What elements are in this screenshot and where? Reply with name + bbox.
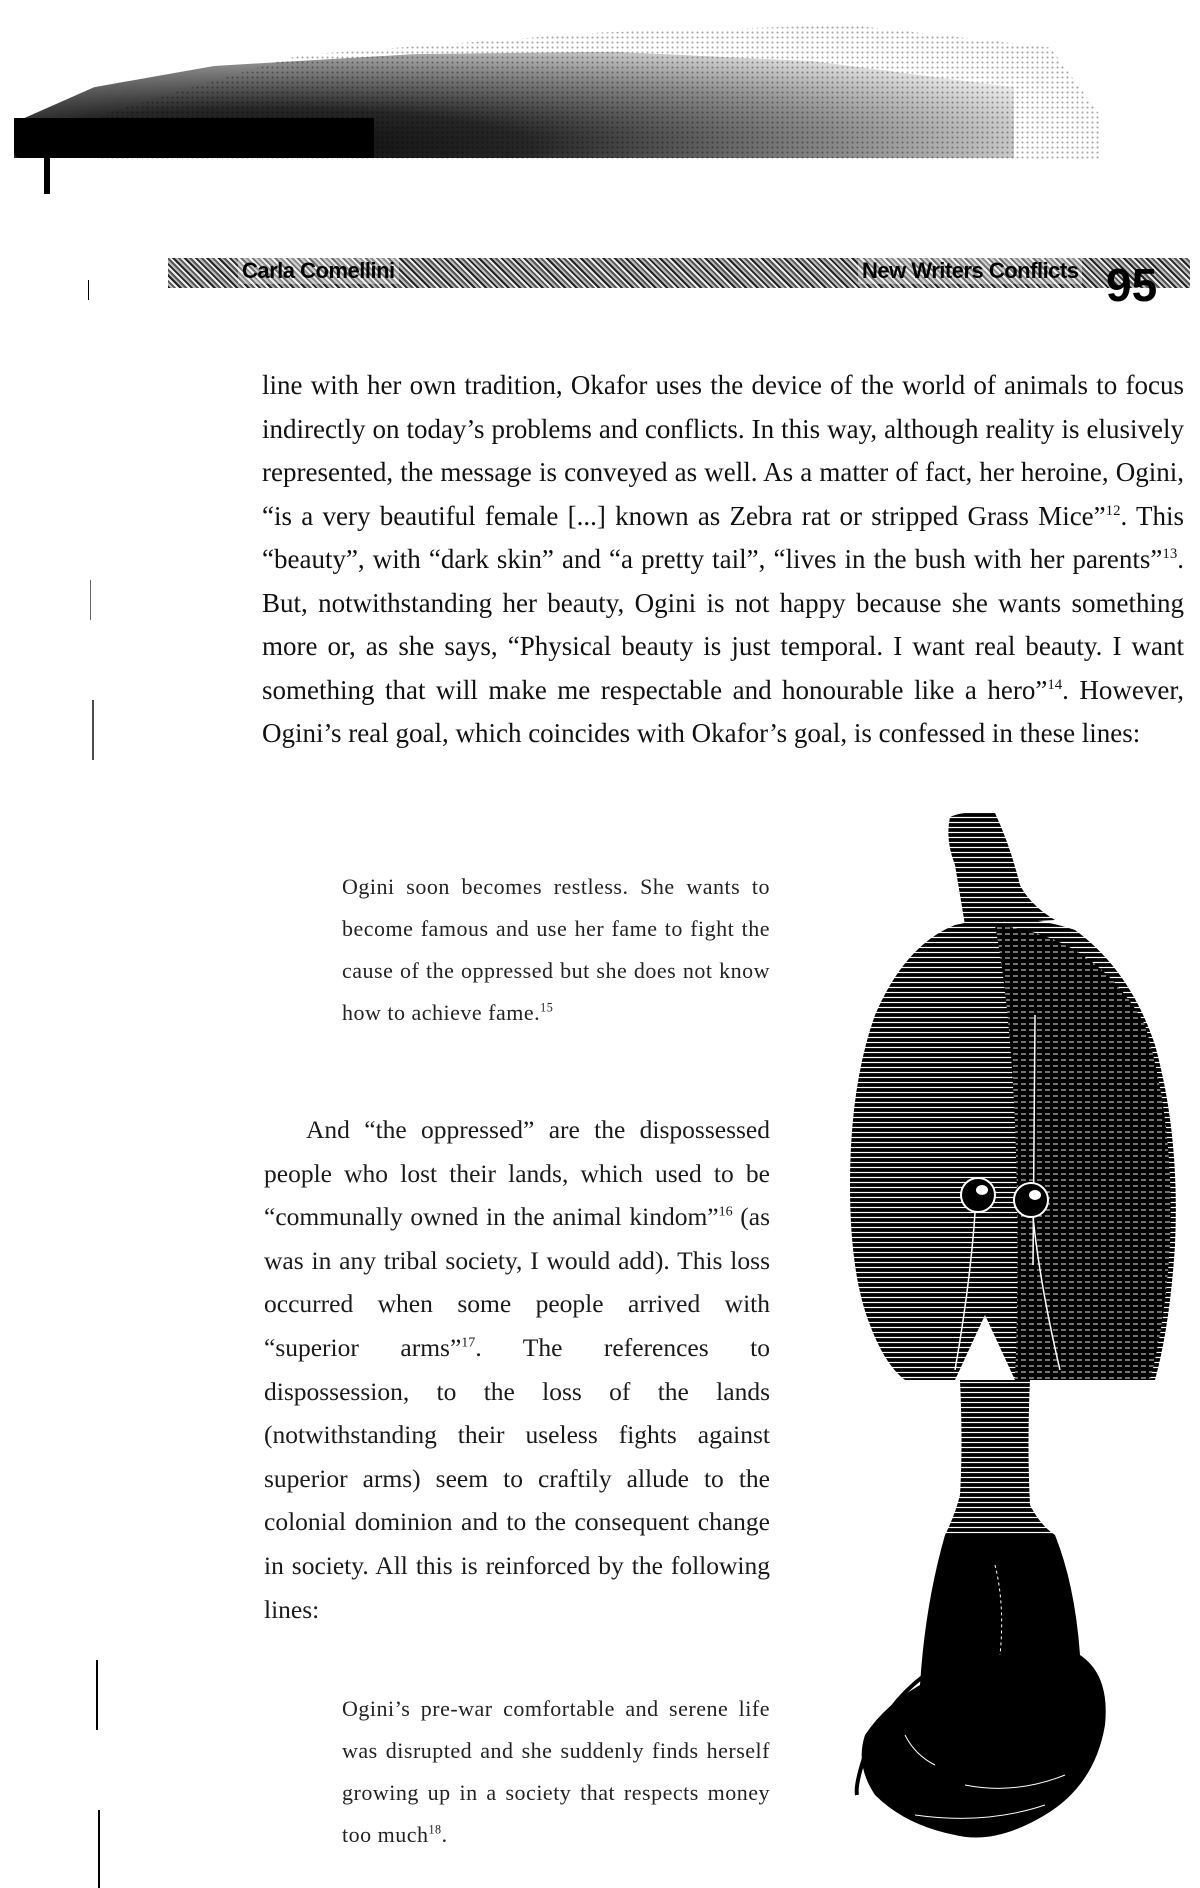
header-book-title: New Writers Conflicts <box>858 258 1082 284</box>
footnote-ref-16: 16 <box>719 1205 733 1220</box>
margin-artifact <box>98 1810 100 1888</box>
running-header: Carla Comellini New Writers Conflicts <box>168 258 1190 288</box>
footnote-ref-17: 17 <box>461 1335 475 1350</box>
footnote-ref-15: 15 <box>540 1001 553 1015</box>
body-paragraph-2: And “the oppressed” are the dispossessed… <box>264 1108 770 1631</box>
body-paragraph-1: line with her own tradition, Okafor uses… <box>262 364 1184 756</box>
footnote-ref-18: 18 <box>429 1823 442 1837</box>
figure-drawing <box>845 805 1185 1888</box>
margin-artifact <box>90 580 91 620</box>
footnote-ref-13: 13 <box>1162 546 1177 562</box>
page-edge-shadow <box>0 0 1200 170</box>
block-quote-2: Ogini’s pre-war comfortable and serene l… <box>342 1688 770 1856</box>
block-quote-1: Ogini soon becomes restless. She wants t… <box>342 866 770 1034</box>
quote-text: Ogini’s pre-war comfortable and serene l… <box>342 1696 770 1847</box>
edge-dark-band <box>14 118 374 158</box>
quote-text: . <box>442 1822 448 1847</box>
paragraph-text: . The references to dispossession, to th… <box>264 1333 770 1624</box>
paragraph-text: line with her own tradition, Okafor uses… <box>262 370 1184 531</box>
quote-text: Ogini soon becomes restless. She wants t… <box>342 874 770 1025</box>
margin-artifact <box>88 280 89 300</box>
footnote-ref-14: 14 <box>1047 677 1062 693</box>
paragraph-text: And “the oppressed” are the dispossessed… <box>264 1115 770 1231</box>
page-number: 95 <box>1106 262 1157 308</box>
carved-figure-illustration <box>845 805 1185 1888</box>
margin-artifact <box>92 700 94 760</box>
margin-artifact <box>96 1660 98 1730</box>
footnote-ref-12: 12 <box>1106 503 1121 519</box>
edge-lip <box>44 154 50 194</box>
header-author: Carla Comellini <box>238 258 399 284</box>
